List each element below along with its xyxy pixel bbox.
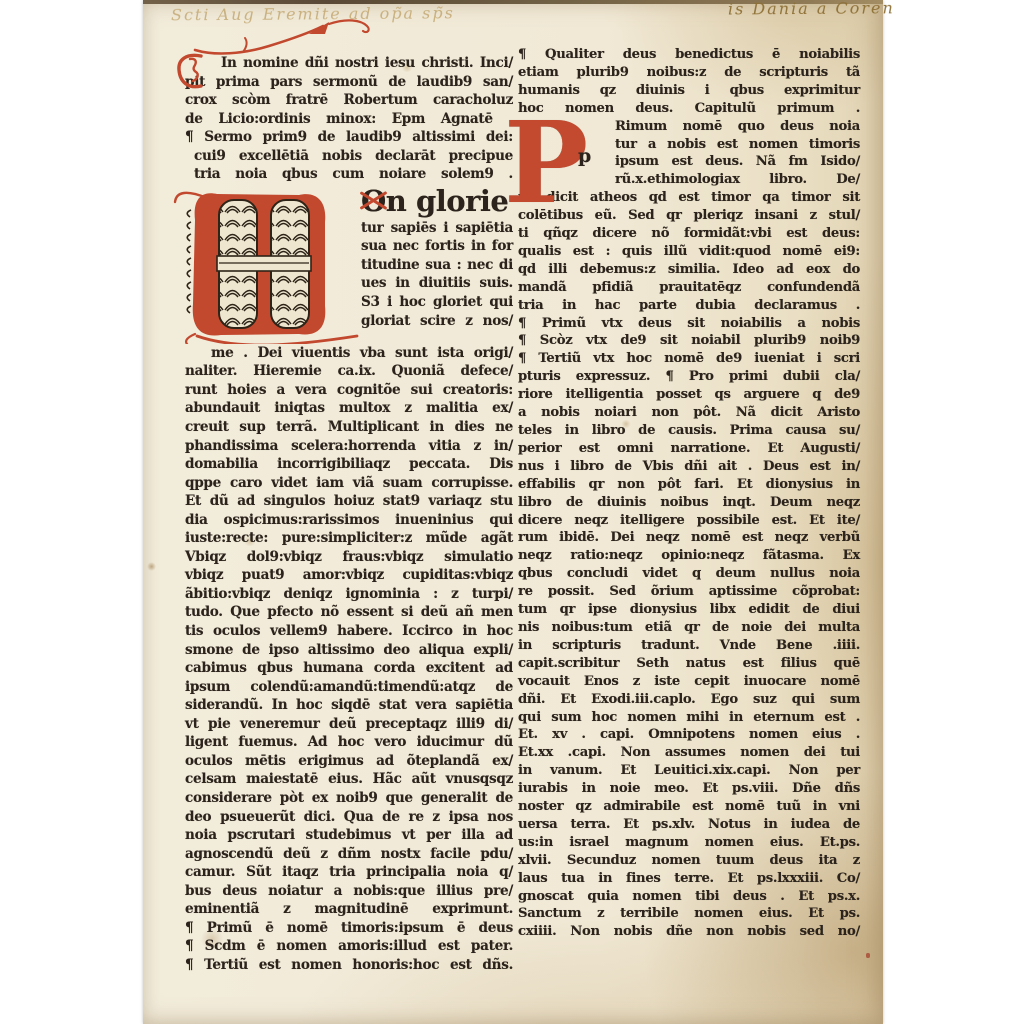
- text-line: gloriat scire z nos/: [361, 312, 513, 331]
- text-line: ãbitio:vbiqz deniqz ignominia : z turpi/: [185, 585, 513, 604]
- text-line: bus deus noiatur a nobis:que illius pre/: [185, 882, 513, 901]
- text-line: teles in libro de causis. Prima causa su…: [518, 422, 860, 440]
- text-line: cabimus qbus humana corda excitent ad: [185, 659, 513, 678]
- text-line: naliter. Hieremie ca.ix. Quoniã defece/: [185, 362, 513, 381]
- text-line: ues in diuitiis suis.: [361, 274, 513, 293]
- text-line: rum ibidē. Dei neqz nomē est neqz verbũ: [518, 529, 860, 547]
- text-line: gnoscat quia nomen tibi deus . Et ps.x.: [518, 888, 860, 906]
- crossed-initial-o: O: [361, 184, 386, 218]
- text-line: uersa terra. Et ps.xlv. Notus in iudea d…: [518, 816, 860, 834]
- text-line: vt pie veneremur deũ preceptaqz illi9 di…: [185, 715, 513, 734]
- text-line: Sanctum z terribile nomen eius. Et ps.: [518, 905, 860, 923]
- text-beside-initial: On glorie tur sapiēs i sapiētiasua nec f…: [361, 184, 513, 330]
- text-line: crox scòm fratrē Robertum caracholuz: [185, 91, 513, 110]
- heading-lines: In nomine dñi nostri iesu christi. Inci/…: [185, 54, 513, 184]
- text-line: camur. Sũt itaqz tria principalia noia q…: [185, 863, 513, 882]
- right-column-body: us dicit atheos qd est timor qa timor si…: [518, 189, 860, 941]
- rubric-paraph-icon: [175, 51, 207, 91]
- text-line: agnoscendũ deũ z dñm nostx facile pdu/: [185, 845, 513, 864]
- text-line: vbiqz puat9 amor:vbiqz cupiditas:vbiqz: [185, 566, 513, 585]
- text-line: siderandũ. In hoc siqdē stat vera sapiēt…: [185, 696, 513, 715]
- text-line: in vanum. Et Leuitici.xix.capi. Non per: [518, 762, 860, 780]
- guide-letter-p: p: [578, 148, 591, 166]
- text-line: titudine sua : nec di: [361, 256, 513, 275]
- red-ink-speck: [866, 953, 870, 958]
- text-line: iuste:recte: pure:simpliciter:z mũde agã…: [185, 529, 513, 548]
- text-line: ¶ Scòz vtx de9 sit noiabil plurib9 noib9: [518, 332, 860, 350]
- text-line: ¶ Primũ ē nomē timoris:ipsum ē deus: [185, 919, 513, 938]
- text-line: smone de ipso altissimo deo aliqua expli…: [185, 641, 513, 660]
- text-line: xlvii. Secunduz nomen tuum deus ita z: [518, 852, 860, 870]
- text-line: iurabis in noie meo. Et ps.viii. Dñe dñs: [518, 780, 860, 798]
- text-line: etiam plurib9 noibus:z de scripturis tã: [518, 64, 860, 82]
- text-line: cui9 excellētiā nobis declarāt precipue: [185, 147, 513, 166]
- text-line: noster qz admirabile est nomē tuũ in vni: [518, 798, 860, 816]
- text-line: pit prima pars sermonũ de laudib9 san/: [185, 73, 513, 92]
- text-line: ¶ Tertiũ vtx hoc nomē de9 iueniat i scri: [518, 350, 860, 368]
- text-line: ligent fuemus. Ad hoc vero iducimur dũ: [185, 733, 513, 752]
- left-column-heading: In nomine dñi nostri iesu christi. Inci/…: [185, 54, 513, 184]
- text-line: domabilia incorrigibiliaqz peccata. Dis: [185, 455, 513, 474]
- text-line: celsam maiestatē eius. Hãc aũt vnusqsqz: [185, 770, 513, 789]
- text-line: ¶ Qualiter deus benedictus ē noiabilis: [518, 46, 860, 64]
- text-line: S3 i hoc gloriet qui: [361, 293, 513, 312]
- text-line: tria in hac parte dubia declaramus .: [518, 297, 860, 315]
- text-line: In nomine dñi nostri iesu christi. Inci/: [185, 54, 513, 73]
- text-line: dñi. Et Exodi.iii.caplo. Ego suz qui sum: [518, 691, 860, 709]
- text-line: qui sum hoc nomen mihi in eternum est .: [518, 709, 860, 727]
- text-line: nis noibus:tum etiã qr de noie dei multa: [518, 619, 860, 637]
- text-line: cxiiii. Non nobis dñe non nobis sed no/: [518, 923, 860, 941]
- text-line: capit.scribitur Seth natus est filius qu…: [518, 655, 860, 673]
- text-line: neqz ratio:neqz opinio:neqz fãtasma. Ex: [518, 547, 860, 565]
- text-line: considerare pòt ex noib9 que generalit d…: [185, 789, 513, 808]
- text-line: mandã pfidiã prauitatēqz confundendã: [518, 279, 860, 297]
- text-line: riore itelligentia posset qs arguere q d…: [518, 386, 860, 404]
- text-line: ¶ Scdm ē nomen amoris:illud est pater.: [185, 937, 513, 956]
- text-line: noia pscrutari studebimus vt per illa ad: [185, 826, 513, 845]
- right-text-column: ¶ Qualiter deus benedictus ē noiabiliset…: [518, 46, 860, 941]
- opening-word-rest: n glorie: [386, 184, 509, 218]
- text-line: nus i libro de Vbis dñi ait . Deus est i…: [518, 458, 860, 476]
- text-line: tur sapiēs i sapiētia: [361, 219, 513, 238]
- initial-p-row: P p Rimum nomē quo deus noiatur a nobis …: [518, 118, 860, 190]
- fox-stain: [147, 562, 156, 571]
- text-line: perior est omni narratione. Et Augusti/: [518, 440, 860, 458]
- text-line: Et.xx .capi. Non assumes nomen dei tui: [518, 744, 860, 762]
- text-line: pturis expressuz. ¶ Pro primi dubii cla/: [518, 368, 860, 386]
- text-line: deo psueuerũt dici. Qua de re z ipsa nos: [185, 808, 513, 827]
- beside-initial-lines: tur sapiēs i sapiētiasua nec fortis in f…: [361, 219, 513, 330]
- text-line: dia ospicimus:rarissimos inueninius qui: [185, 511, 513, 530]
- decorated-initial-n: [173, 186, 359, 344]
- text-line: Vbiqz dol9:vbiqz fraus:vbiqz simulatio: [185, 548, 513, 567]
- text-line: ipsum colendũ:amandũ:timendũ:atqz de: [185, 678, 513, 697]
- text-line: abundauit iniqtas multox z malitia ex/: [185, 399, 513, 418]
- red-pen-flourish-icon: [191, 16, 421, 56]
- text-line: laus tua in fines terre. Et ps.lxxxiii. …: [518, 870, 860, 888]
- text-line: qualis est : quis illũ vidit:quod nomē e…: [518, 243, 860, 261]
- text-line: in scripturis tradunt. Vnde Bene .iiii.: [518, 637, 860, 655]
- opening-big-line: On glorie: [361, 184, 513, 219]
- text-line: ¶ Tertiũ est nomen honoris:hoc est dñs.: [185, 956, 513, 975]
- text-line: ipsum est deus. Nã fm Isido/: [615, 153, 860, 171]
- lombardic-initial-p: P: [504, 108, 588, 220]
- text-line: tudo. Que pfecto nõ essent si deũ añ men: [185, 603, 513, 622]
- left-column-body: me . Dei viuentis vba sunt ista origi/na…: [185, 344, 513, 975]
- text-line: us:in israel magnum nomen eius. Et.ps.: [518, 834, 860, 852]
- inscription-dark-part: is Dania a Coren: [728, 0, 895, 18]
- text-line: tria noia qbus cum noiare solem9 .: [185, 165, 513, 184]
- text-line: runt hoies a vera cognitõe sui creatoris…: [185, 381, 513, 400]
- text-line: re possit. Sed õrium aptissime cõprobat:: [518, 583, 860, 601]
- decorated-initial-row: On glorie tur sapiēs i sapiētiasua nec f…: [185, 184, 513, 344]
- text-line: Et dũ ad singulos hoiuz stat9 variaqz st…: [185, 492, 513, 511]
- text-line: a nobis noiari non pôt. Nã dicit Aristo: [518, 404, 860, 422]
- text-line: de Licio:ordinis minox: Epm Agnatē .: [185, 110, 513, 129]
- text-line: qd illi debemus:z similia. Ideo ad eox d…: [518, 261, 860, 279]
- text-line: me . Dei viuentis vba sunt ista origi/: [185, 344, 513, 363]
- text-line: rũ.x.ethimologiax libro. De/: [615, 171, 860, 189]
- text-line: Rimum nomē quo deus noia: [615, 118, 860, 136]
- text-line: libro de diuinis noibus inqt. Deum neqz: [518, 494, 860, 512]
- text-line: ¶ Sermo prim9 de laudib9 altissimi dei:: [185, 128, 513, 147]
- text-line: creuit sup terrã. Multiplicant in dies n…: [185, 418, 513, 437]
- book-page: Scti Aug Eremite ad op̃a sp̃s is Dania a…: [143, 0, 883, 1024]
- text-line: dicere neqz itelligere possibile est. Et…: [518, 512, 860, 530]
- text-line: qbus concludi videt q deum nullus noia: [518, 565, 860, 583]
- text-line: oculos mētis erigimus ad õteplandã ex/: [185, 752, 513, 771]
- text-line: vocauit Enos z iste cepit inuocare nomē: [518, 673, 860, 691]
- text-line: tis oculos vellem9 habere. Iccirco in ho…: [185, 622, 513, 641]
- text-line: Et. xv . capi. Omnipotens nomen eius .: [518, 726, 860, 744]
- text-line: sua nec fortis in for: [361, 237, 513, 256]
- left-text-column: In nomine dñi nostri iesu christi. Inci/…: [185, 54, 513, 974]
- text-line: phandissima scelera:horrenda vitia z in/: [185, 437, 513, 456]
- text-line: qppe caro videt iam viã suam corrupisse.: [185, 474, 513, 493]
- text-line: effabilis qr non pôt fari. Et dionysius …: [518, 476, 860, 494]
- text-line: tum qr ipse dionysius libx edidit de diu…: [518, 601, 860, 619]
- text-line: ¶ Primũ vtx deus sit noiabilis a nobis: [518, 315, 860, 333]
- text-beside-initial-p: Rimum nomē quo deus noiatur a nobis est …: [615, 118, 860, 190]
- text-line: tur a nobis est nomen timoris: [615, 136, 860, 154]
- text-line: eminentiã z magnitudinē exprimunt.: [185, 900, 513, 919]
